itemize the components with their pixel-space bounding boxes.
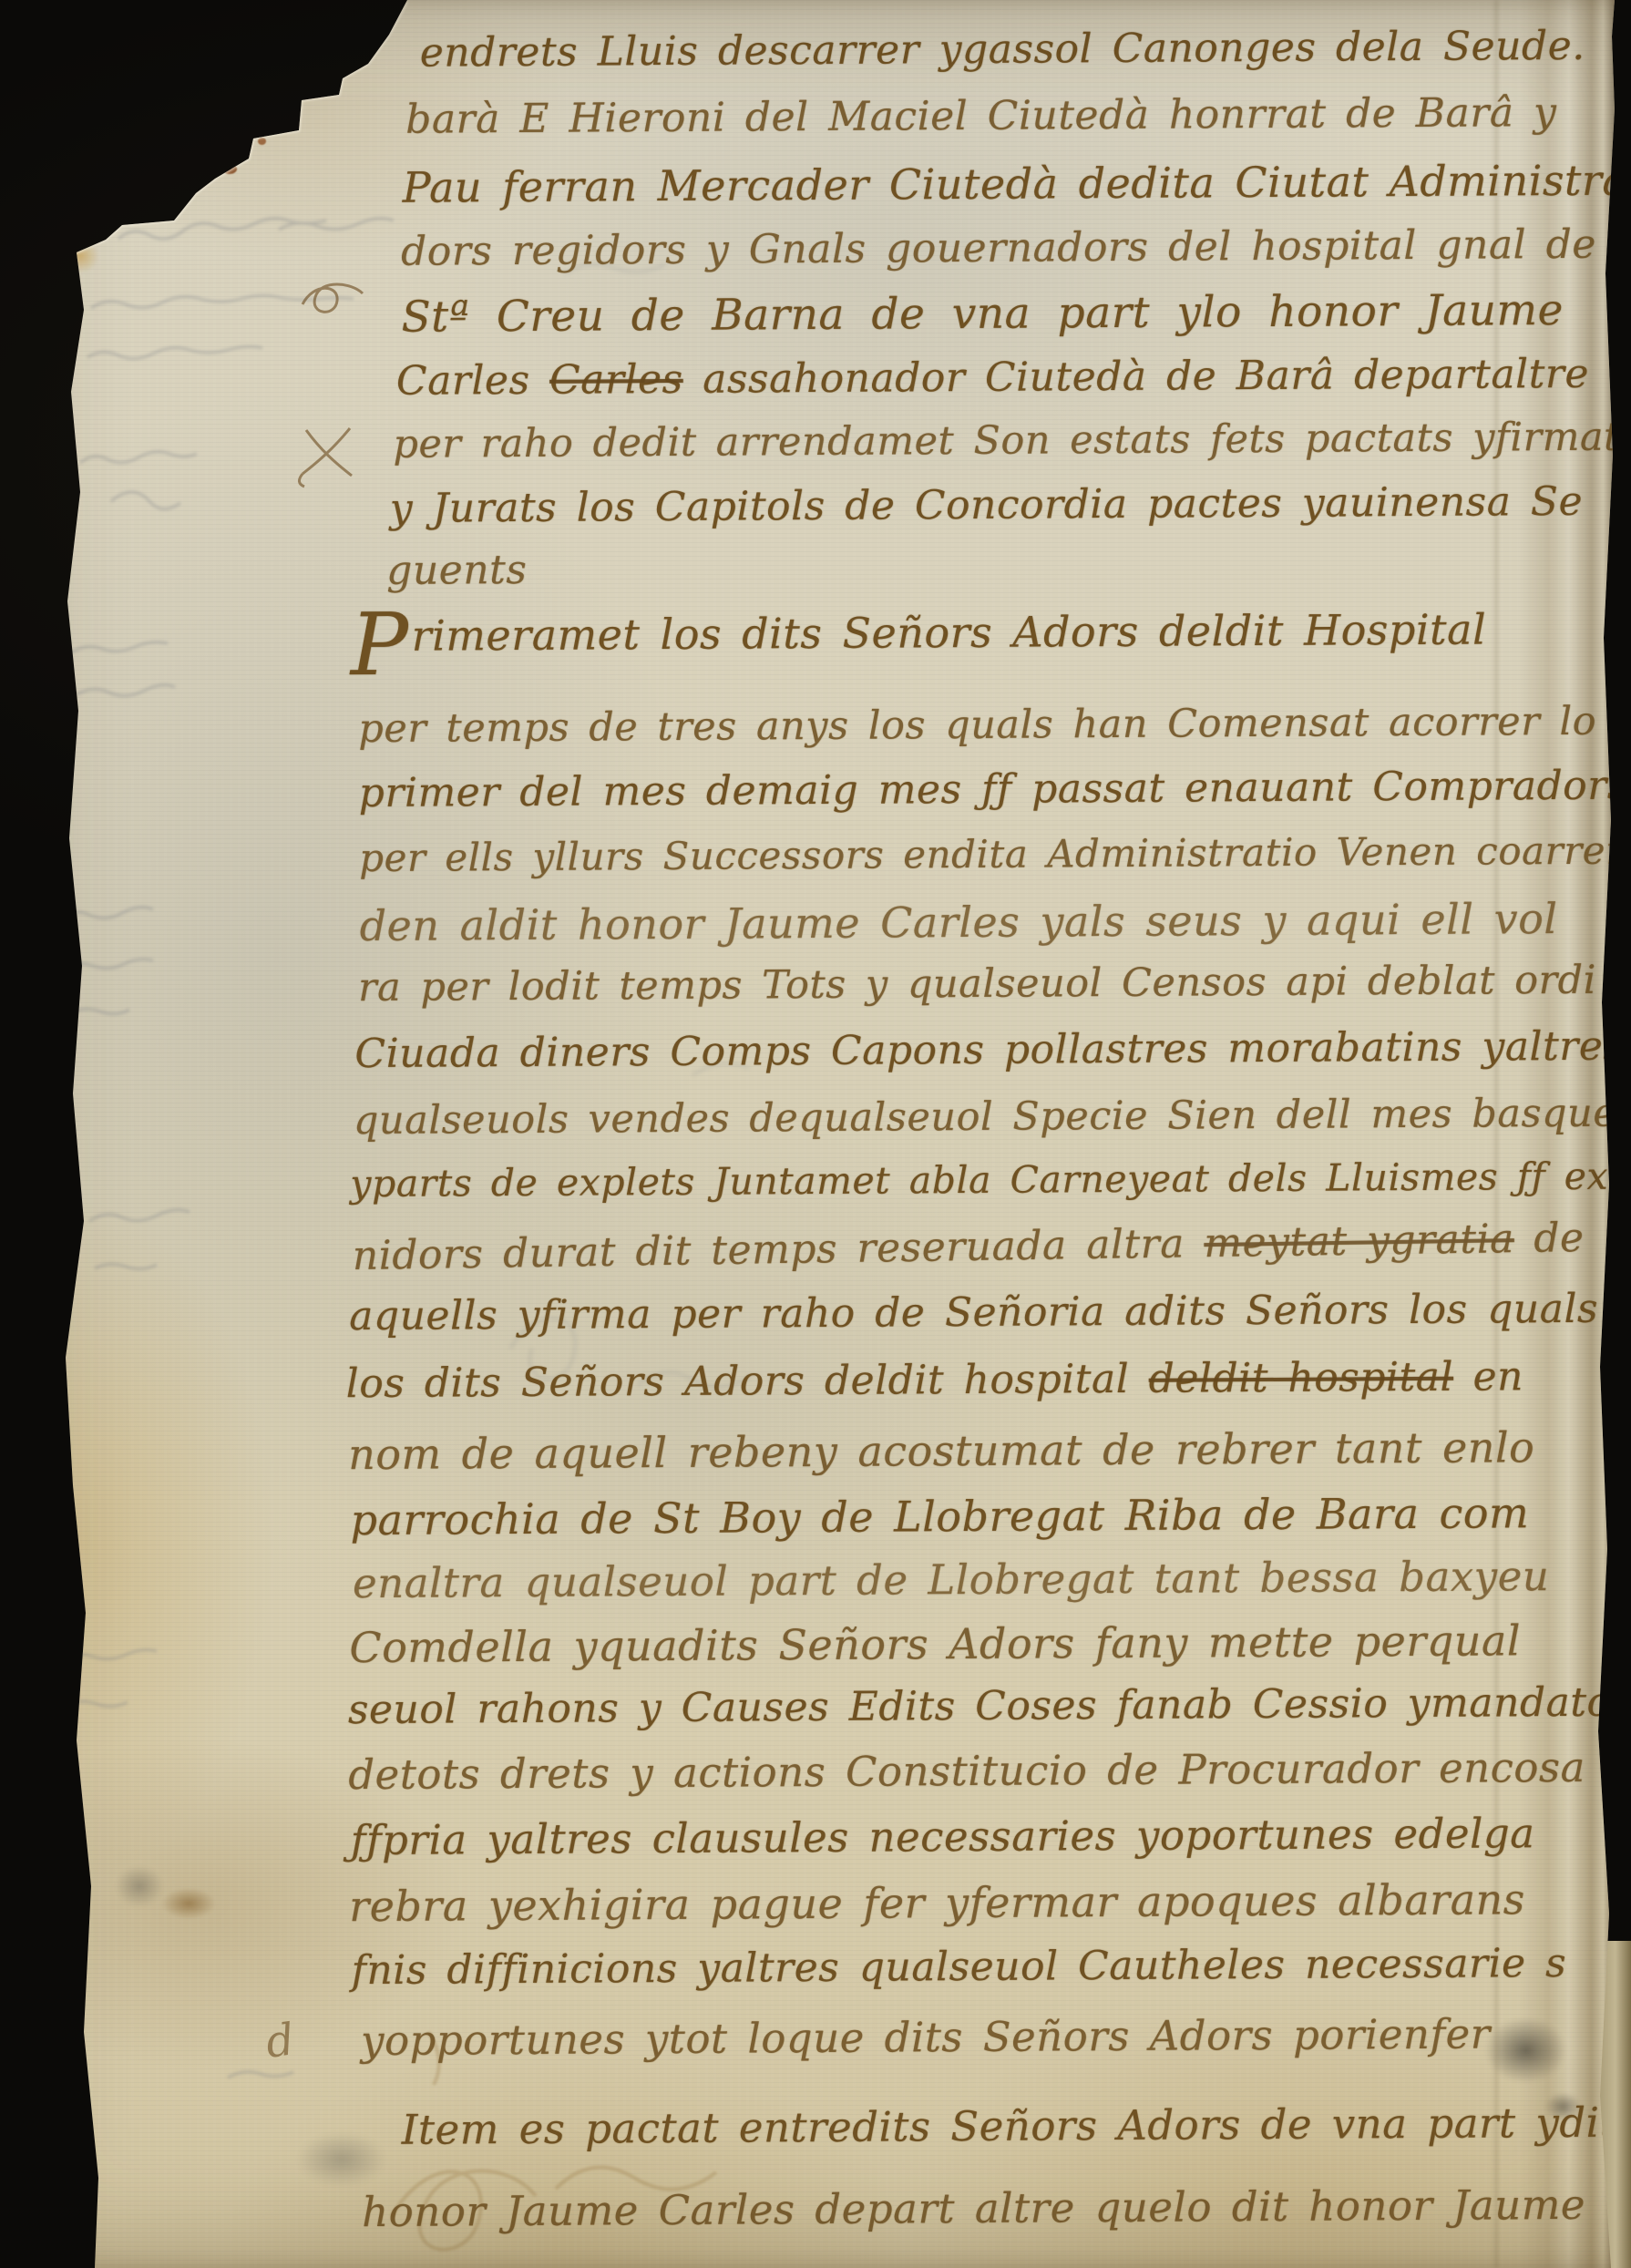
rust-stain: [258, 138, 266, 145]
manuscript-page: d endrets Lluis descarrer ygassol Canong…: [0, 0, 1631, 2268]
manuscript-line-17: qualseuols vendes dequalseuol Specie Sie…: [354, 1090, 1631, 1144]
charcoal-smudge: [1469, 2005, 1583, 2096]
manuscript-line-20: aquells yfirma per raho de Señoria adits…: [349, 1286, 1598, 1339]
manuscript-line-07: per raho dedit arrendamet Son estats fet…: [393, 414, 1631, 467]
ink-stain: [153, 1883, 224, 1924]
manuscript-line-33: honor Jaume Carles depart altre quelo di…: [362, 2181, 1585, 2236]
vertical-crease: [1494, 0, 1498, 2268]
manuscript-line-03: Pau ferran Mercader Ciutedà dedita Ciuta…: [402, 156, 1627, 212]
manuscript-line-19: nidors durat dit temps reseruada altra m…: [352, 1215, 1584, 1279]
manuscript-line-06: Carles Carles assahonador Ciutedà de Bar…: [396, 351, 1589, 405]
torn-edge-highlight: [77, 2, 407, 252]
manuscript-line-09: guents: [386, 547, 527, 594]
manuscript-text: endrets Lluis descarrer ygassol Canonges…: [0, 0, 1631, 2268]
rust-stain: [222, 164, 237, 174]
manuscript-line-13: per ells yllurs Successors endita Admini…: [359, 828, 1631, 881]
ink-flourish-mark-infinity: [303, 284, 363, 312]
verso-ghost-writing: [0, 0, 1631, 2268]
manuscript-line-14: den aldit honor Jaume Carles yals seus y…: [359, 894, 1557, 950]
manuscript-line-16: Ciuada diners Comps Capons pollastres mo…: [354, 1023, 1624, 1078]
manuscript-line-30: fnis diffinicions yaltres qualseuol Caut…: [351, 1940, 1566, 1994]
page-edge-fold: [1520, 0, 1615, 2268]
struck-words: deldit hospital: [1149, 1354, 1454, 1402]
manuscript-line-26: seuol rahons y Causes Edits Coses fanab …: [348, 1679, 1612, 1733]
manuscript-line-05: Stª Creu de Barna de vna part ylo honor …: [401, 285, 1564, 343]
manuscript-line-12: primer del mes demaig mes ƒƒ passat enau…: [359, 763, 1628, 817]
manuscript-line-25: Comdella yquadits Señors Adors fany mett…: [349, 1616, 1521, 1672]
manuscript-line-27: detots drets y actions Constitucio de Pr…: [348, 1743, 1585, 1799]
manuscript-line-29: rebra yexhigira pague fer yfermar apoque…: [349, 1874, 1525, 1931]
manuscript-line-15: ra per lodit temps Tots y qualseuol Cens…: [358, 958, 1596, 1011]
manuscript-line-31: yopportunes ytot loque dits Señors Adors…: [361, 2009, 1491, 2065]
margin-letter-d: d: [262, 2014, 297, 2068]
manuscript-line-11: per temps de tres anys los quals han Com…: [358, 699, 1596, 752]
manuscript-line-08: y Jurats los Capitols de Concordia pacte…: [390, 478, 1584, 532]
manuscript-line-01: endrets Lluis descarrer ygassol Canonges…: [420, 23, 1585, 77]
manuscript-line-21: los dits Señors Adors deldit hospital de…: [346, 1353, 1524, 1407]
photographed-manuscript: d endrets Lluis descarrer ygassol Canong…: [0, 0, 1631, 2268]
manuscript-line-18: yparts de explets Juntamet abla Carneyea…: [350, 1155, 1608, 1206]
manuscript-line-04: dors regidors y Gnals gouernadors del ho…: [401, 221, 1596, 275]
graphite-smudge: [282, 2123, 401, 2196]
manuscript-line-10: Primeramet los dits Señors Adors deldit …: [350, 604, 1486, 661]
manuscript-line-24: enaltra qualseuol part de Llobregat tant…: [353, 1552, 1550, 1607]
charcoal-smudge: [1538, 2087, 1588, 2127]
struck-word: Carles: [549, 356, 683, 404]
manuscript-line-23: parrochia de St Boy de Llobregat Riba de…: [350, 1488, 1529, 1544]
manuscript-line-32: Item es pactat entredits Señors Adors de…: [402, 2099, 1617, 2154]
manuscript-line-02: barà E Hieroni del Maciel Ciutedà honrra…: [405, 89, 1556, 143]
struck-words: meytat ygratia: [1204, 1216, 1514, 1267]
manuscript-line-28: ƒƒpria yaltres clausules necessaries yop…: [351, 1809, 1535, 1864]
initial-capital: P: [350, 595, 409, 695]
corner-fold-tab: [56, 235, 104, 277]
manuscript-line-22: nom de aquell rebeny acostumat de rebrer…: [348, 1422, 1534, 1479]
graphite-smudge: [108, 1859, 171, 1914]
